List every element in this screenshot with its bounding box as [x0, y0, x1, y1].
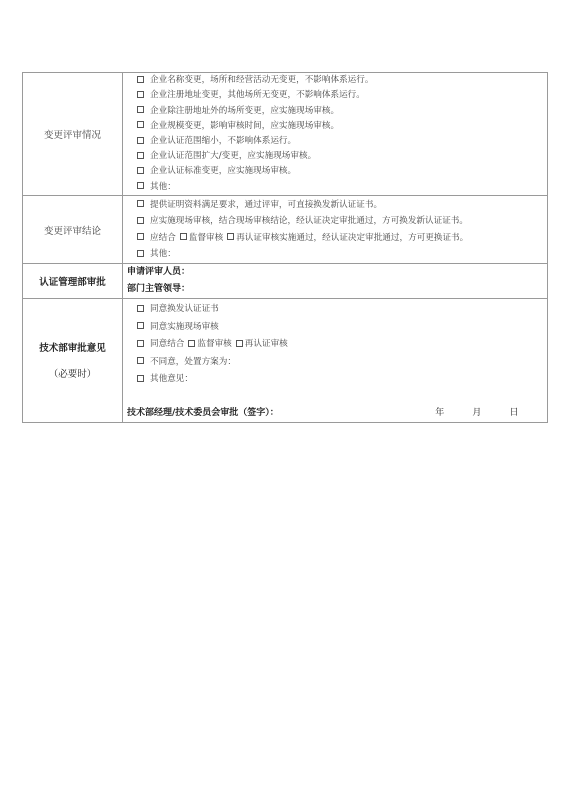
row-change-conclusion: 变更评审结论 提供证明资料满足要求，通过评审，可直接换发新认证证书。 应实施现场…: [23, 196, 548, 264]
option-row: 企业认证范围扩大/变更，应实施现场审核。: [137, 149, 547, 164]
option-label: 其他：: [150, 249, 176, 259]
dept-leader-field[interactable]: 部门主管领导：: [123, 281, 547, 298]
option-row: 同意结合监督审核再认证审核: [137, 336, 547, 354]
row-change-review: 变更评审情况 企业名称变更，场所和经营活动无变更，不影响体系运行。 企业注册地址…: [23, 73, 548, 196]
option-row: 应结合监督审核再认证审核实施通过，经认证决定审批通过，方可更换证书。: [137, 230, 547, 247]
checkbox-icon[interactable]: [137, 182, 144, 189]
option-row: 企业认证范围缩小，不影响体系运行。: [137, 134, 547, 149]
checkbox-icon[interactable]: [137, 106, 144, 113]
option-label: 再认证审核: [245, 339, 288, 349]
signature-label: 技术部经理/技术委员会审批（签字）：: [127, 405, 279, 418]
checkbox-icon[interactable]: [137, 137, 144, 144]
option-row: 提供证明资料满足要求，通过评审，可直接换发新认证证书。: [137, 197, 547, 214]
checkbox-icon[interactable]: [188, 340, 195, 347]
row-cert-mgmt: 认证管理部审批 申请评审人员： 部门主管领导：: [23, 264, 548, 299]
checkbox-icon[interactable]: [137, 76, 144, 83]
option-label: 应实施现场审核，结合现场审核结论，经认证决定审批通过，方可换发新认证证书。: [150, 216, 468, 226]
label-change-review: 变更评审情况: [23, 73, 123, 196]
option-row: 企业注册地址变更，其他场所无变更，不影响体系运行。: [137, 88, 547, 103]
checkbox-icon[interactable]: [137, 217, 144, 224]
option-label: 同意换发认证证书: [150, 304, 219, 314]
option-label: 监督审核: [197, 339, 231, 349]
checkbox-icon[interactable]: [137, 305, 144, 312]
option-row: 其他意见：: [137, 371, 547, 389]
checkbox-icon[interactable]: [137, 340, 144, 347]
option-label: 企业注册地址变更，其他场所无变更，不影响体系运行。: [150, 90, 365, 100]
option-row: 其他：: [137, 246, 547, 263]
option-label: 企业认证范围缩小，不影响体系运行。: [150, 136, 296, 146]
checkbox-icon[interactable]: [137, 152, 144, 159]
option-label: 不同意，处置方案为：: [150, 357, 236, 367]
checkbox-icon[interactable]: [137, 250, 144, 257]
checkbox-icon[interactable]: [137, 357, 144, 364]
option-label: 同意实施现场审核: [150, 322, 219, 332]
checkbox-icon[interactable]: [137, 200, 144, 207]
cert-mgmt-fields: 申请评审人员： 部门主管领导：: [123, 264, 548, 299]
option-label: 再认证审核实施通过，经认证决定审批通过，方可更换证书。: [236, 233, 468, 243]
option-label: 应结合: [150, 233, 176, 243]
checkbox-icon[interactable]: [137, 322, 144, 329]
option-row: 企业认证标准变更，应实施现场审核。: [137, 164, 547, 179]
checkbox-icon[interactable]: [236, 340, 243, 347]
month-label: 月: [460, 405, 494, 418]
reviewer-field[interactable]: 申请评审人员：: [123, 264, 547, 281]
checkbox-icon[interactable]: [227, 233, 234, 240]
tech-dept-options: 同意换发认证证书 同意实施现场审核 同意结合监督审核再认证审核 不同意，处置方案…: [123, 299, 548, 423]
change-review-options: 企业名称变更，场所和经营活动无变更，不影响体系运行。 企业注册地址变更，其他场所…: [123, 73, 548, 196]
option-row: 不同意，处置方案为：: [137, 354, 547, 372]
change-review-form-table: 变更评审情况 企业名称变更，场所和经营活动无变更，不影响体系运行。 企业注册地址…: [22, 72, 548, 423]
option-row: 其他：: [137, 180, 547, 195]
option-label: 企业规模变更，影响审核时间，应实施现场审核。: [150, 121, 339, 131]
option-row: 应实施现场审核，结合现场审核结论，经认证决定审批通过，方可换发新认证证书。: [137, 213, 547, 230]
option-label: 企业除注册地址外的场所变更，应实施现场审核。: [150, 106, 339, 116]
option-label: 其他意见：: [150, 374, 193, 384]
option-label: 同意结合: [150, 339, 184, 349]
option-row: 同意实施现场审核: [137, 319, 547, 337]
checkbox-icon[interactable]: [137, 233, 144, 240]
tech-dept-label: 技术部审批意见: [39, 343, 106, 354]
option-row: 企业规模变更，影响审核时间，应实施现场审核。: [137, 119, 547, 134]
option-label: 企业认证范围扩大/变更，应实施现场审核。: [150, 151, 316, 161]
option-label: 监督审核: [189, 233, 223, 243]
signature-row: 技术部经理/技术委员会审批（签字）： 年 月 日: [123, 405, 547, 422]
label-tech-dept: 技术部审批意见 （必要时）: [23, 299, 123, 423]
label-cert-mgmt: 认证管理部审批: [23, 264, 123, 299]
checkbox-icon[interactable]: [137, 121, 144, 128]
year-label: 年: [423, 405, 457, 418]
option-label: 企业认证标准变更，应实施现场审核。: [150, 166, 296, 176]
day-label: 日: [497, 405, 531, 418]
tech-dept-sublabel: （必要时）: [23, 366, 122, 380]
option-row: 企业名称变更，场所和经营活动无变更，不影响体系运行。: [137, 73, 547, 88]
checkbox-icon[interactable]: [137, 167, 144, 174]
checkbox-icon[interactable]: [180, 233, 187, 240]
option-label: 其他：: [150, 182, 176, 192]
row-tech-dept: 技术部审批意见 （必要时） 同意换发认证证书 同意实施现场审核 同意结合监督审核…: [23, 299, 548, 423]
label-change-conclusion: 变更评审结论: [23, 196, 123, 264]
date-fields: 年 月 日: [423, 405, 531, 418]
option-row: 同意换发认证证书: [137, 301, 547, 319]
checkbox-icon[interactable]: [137, 91, 144, 98]
option-label: 企业名称变更，场所和经营活动无变更，不影响体系运行。: [150, 75, 373, 85]
change-conclusion-options: 提供证明资料满足要求，通过评审，可直接换发新认证证书。 应实施现场审核，结合现场…: [123, 196, 548, 264]
option-row: 企业除注册地址外的场所变更，应实施现场审核。: [137, 104, 547, 119]
option-label: 提供证明资料满足要求，通过评审，可直接换发新认证证书。: [150, 200, 382, 210]
checkbox-icon[interactable]: [137, 375, 144, 382]
